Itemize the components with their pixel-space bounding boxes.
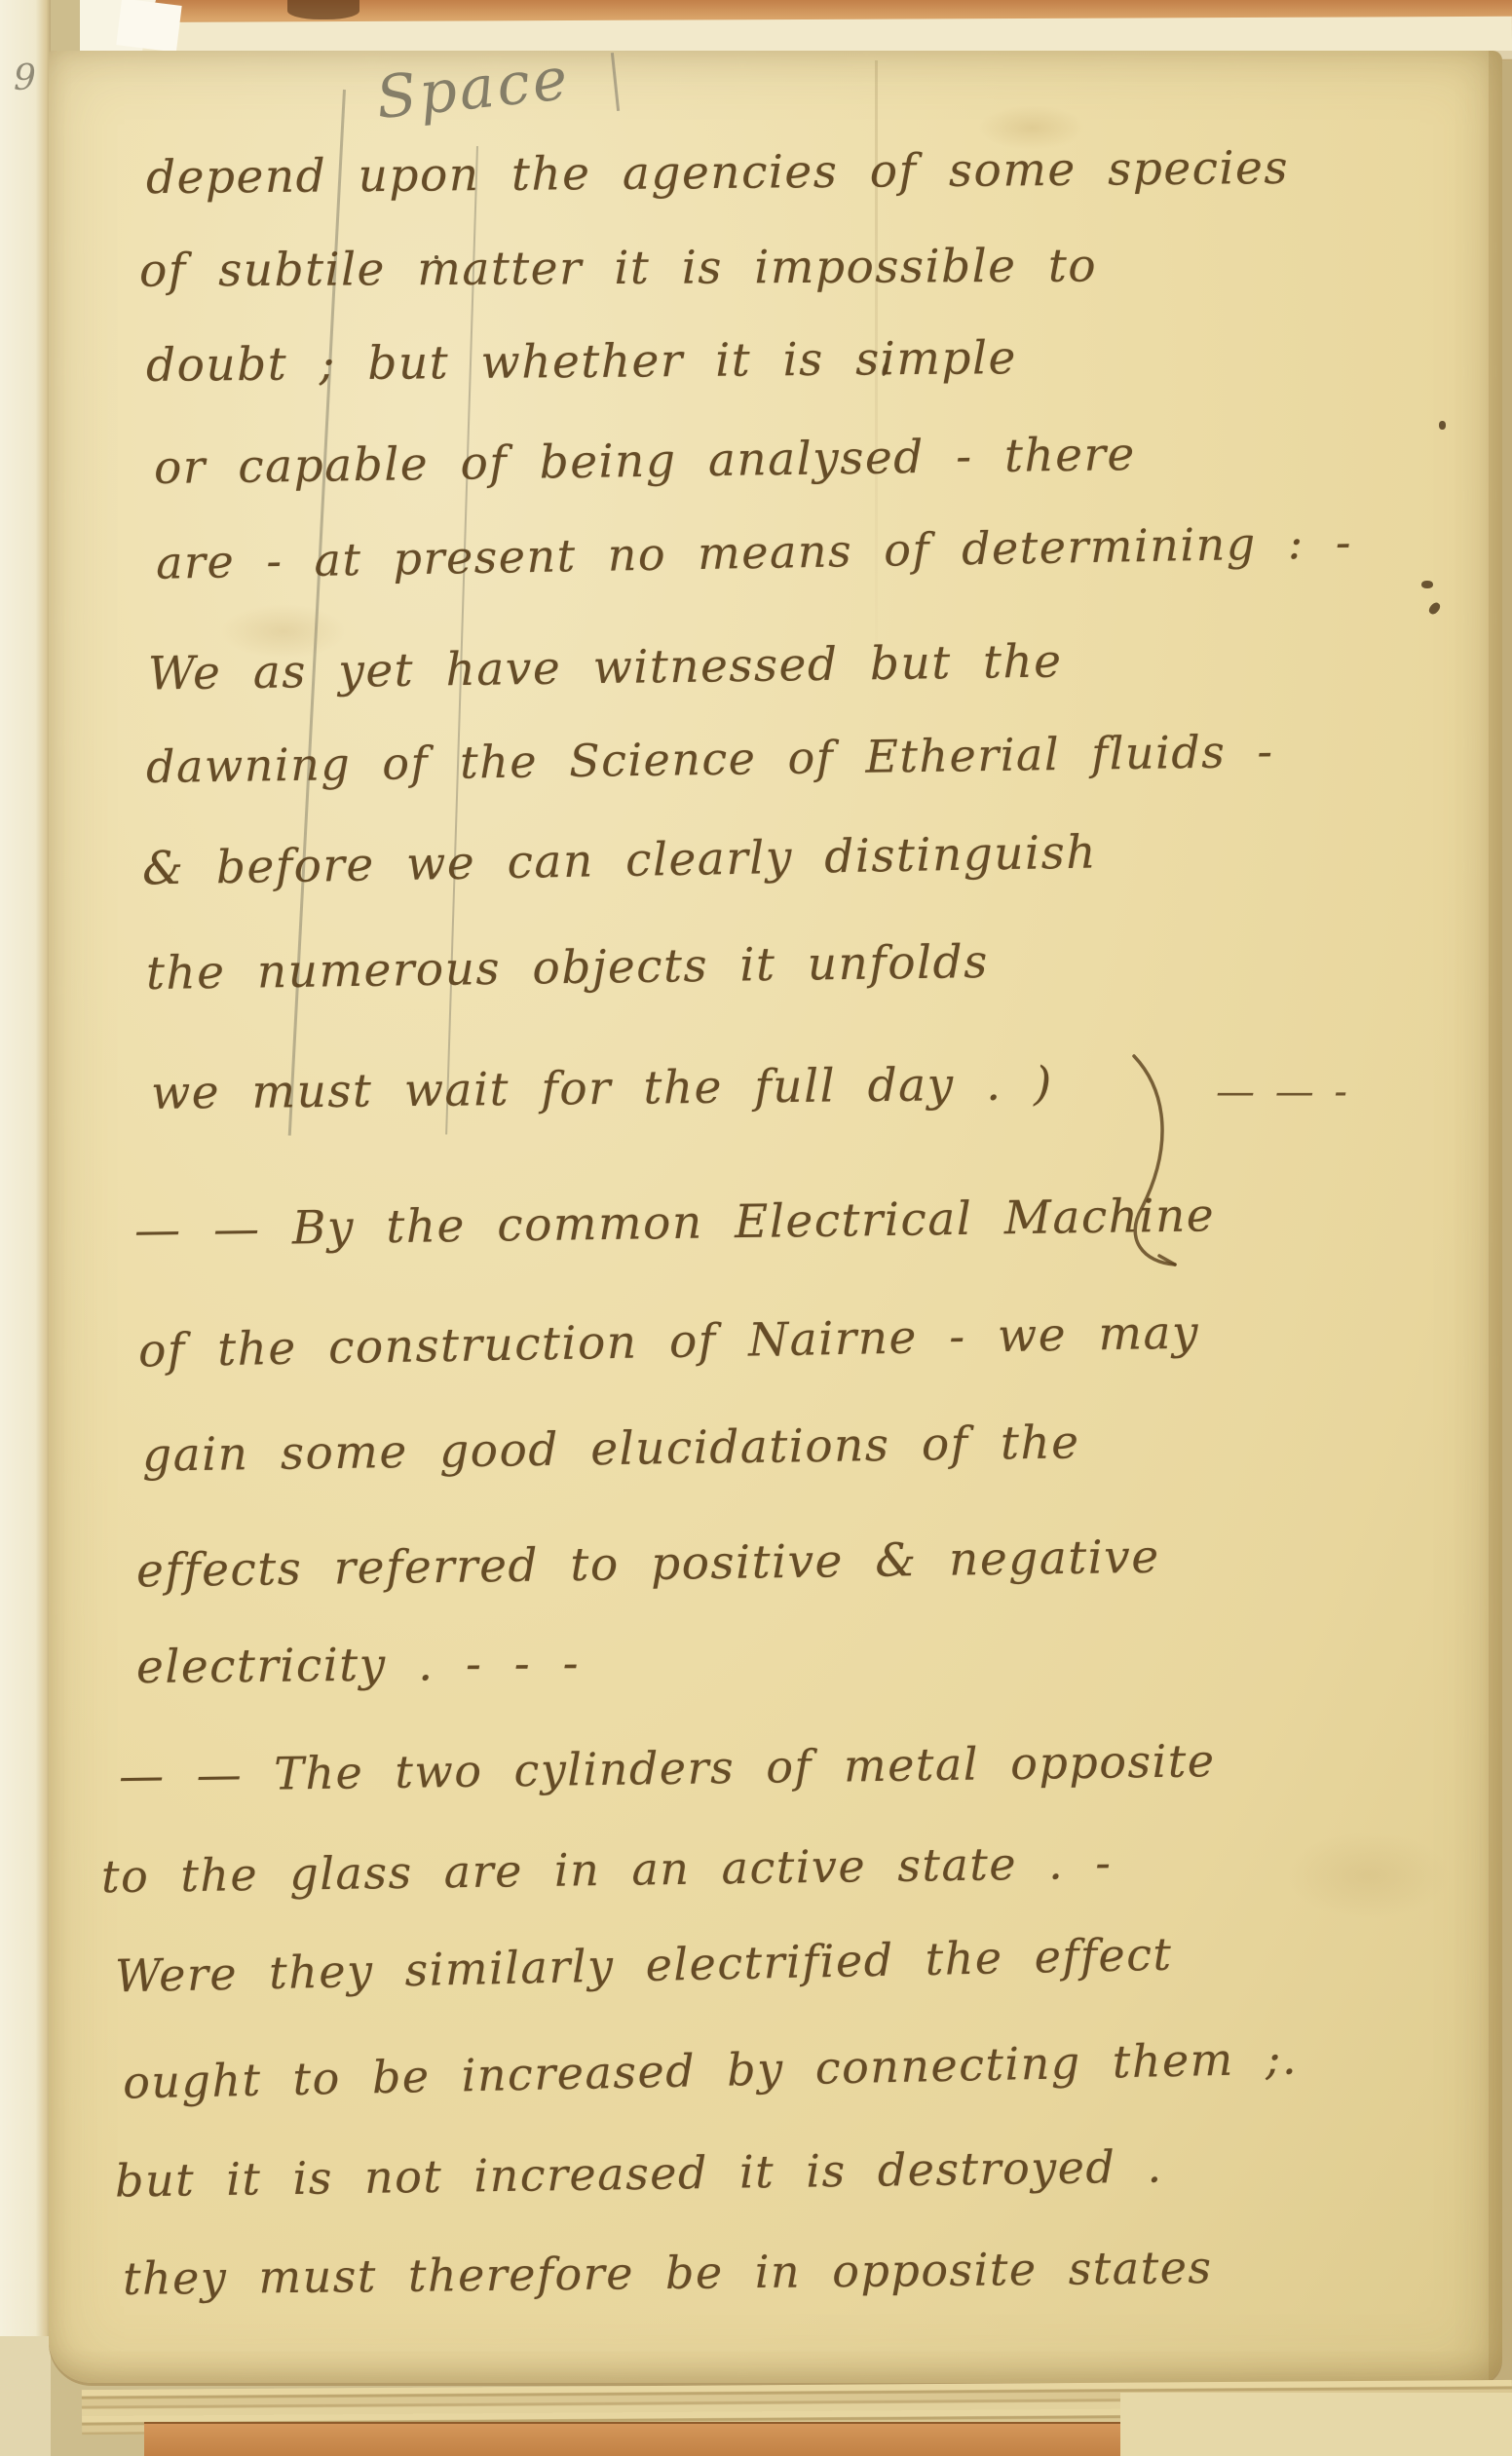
handwriting-line: we must wait for the full day . ) xyxy=(151,1057,1053,1120)
handwriting-line: depend upon the agencies of some species xyxy=(146,141,1289,205)
manuscript-scan: 9 Space depend upon the agencies of some… xyxy=(0,0,1512,2456)
ink-speck xyxy=(1439,421,1446,430)
trailing-dashes: — — - xyxy=(1216,1070,1351,1115)
page-right-edge xyxy=(1489,51,1512,2383)
facing-page-edge xyxy=(0,0,51,2456)
paper-scrap xyxy=(116,0,181,53)
facing-page-edge-shadow xyxy=(0,2336,51,2456)
book-edge-bottom xyxy=(144,2422,1132,2456)
handwriting-line: doubt ; but whether it is simple xyxy=(146,331,1017,393)
page-number: 9 xyxy=(14,58,36,98)
foxing-stain xyxy=(1286,1832,1452,1919)
book-edge-dark-patch xyxy=(287,0,359,19)
handwriting-line: of subtile matter it is impossible to xyxy=(139,239,1097,297)
ink-speck xyxy=(1421,581,1433,588)
handwriting-line: electricity . - - - xyxy=(136,1637,580,1694)
page-bottom-corner xyxy=(1120,2393,1512,2456)
